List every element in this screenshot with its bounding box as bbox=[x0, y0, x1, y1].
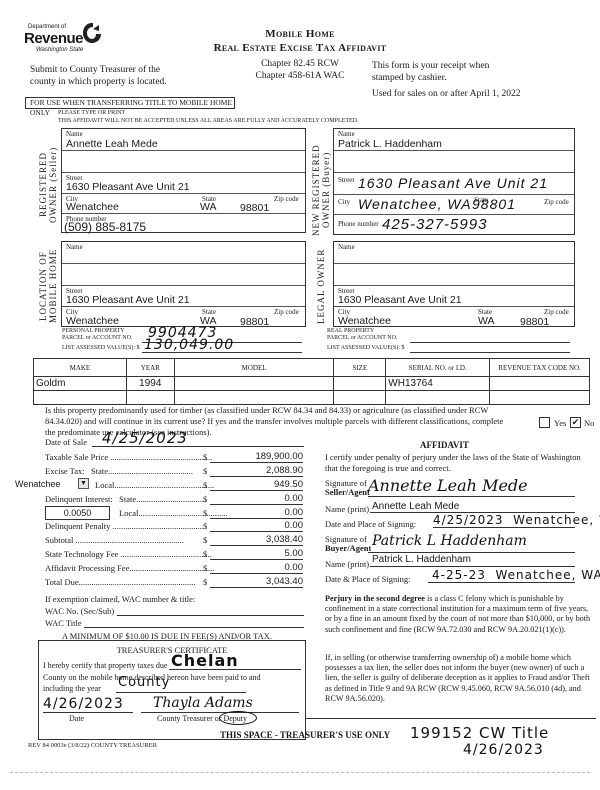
buyer-phone-label: Phone number bbox=[338, 220, 379, 228]
buyer-phone-row[interactable]: Phone number 425-327-5993 bbox=[334, 215, 574, 236]
buyer-sig-label-2: Buyer/Agent bbox=[325, 544, 371, 553]
delinquent-penalty-value[interactable]: 0.00 bbox=[210, 520, 303, 532]
dollar-sign: $ bbox=[203, 452, 207, 462]
dollar-sign: $ bbox=[203, 535, 207, 545]
seller-phone-value[interactable]: (509) 885-8175 bbox=[64, 220, 146, 234]
legal-owner-box: Name Street 1630 Pleasant Ave Unit 21 Ci… bbox=[333, 241, 575, 327]
seller-date-place-field[interactable]: 4/25/2023 Wenatchee, WA bbox=[433, 514, 575, 528]
fee-state-technology: State Technology Fee ...................… bbox=[45, 549, 303, 562]
buyer-city-row[interactable]: City Wenatchee, WA State 98801 Zip code bbox=[334, 195, 574, 215]
buyer-label-2: OWNER (Buyer) bbox=[321, 152, 331, 228]
buyer-signature-value: Patrick L Haddenham bbox=[372, 533, 527, 549]
location-label-2: MOBILE HOME bbox=[48, 249, 58, 323]
buyer-date-place-field[interactable]: 4-25-23 Wenatchee, WA bbox=[428, 569, 575, 583]
buyer-date-place-value: 4-25-23 Wenatchee, WA bbox=[432, 568, 600, 582]
col-serial: SERIAL NO. or I.D. bbox=[386, 359, 490, 377]
state-technology-fee-value[interactable]: 5.00 bbox=[210, 548, 303, 560]
location-street-value[interactable]: 1630 Pleasant Ave Unit 21 bbox=[66, 294, 190, 306]
deputy-circle-mark bbox=[219, 711, 257, 725]
buyer-signature-label: Signature of Buyer/Agent bbox=[325, 535, 371, 553]
col-year: YEAR bbox=[126, 359, 174, 377]
buyer-name-print-value: Patrick L. Haddenham bbox=[372, 554, 471, 565]
cert-signature-value: Thayla Adams bbox=[153, 695, 253, 711]
legal-street-value[interactable]: 1630 Pleasant Ave Unit 21 bbox=[338, 294, 462, 306]
buyer-box: Name Patrick L. Haddenham Street 1630 Pl… bbox=[333, 128, 575, 235]
real-parcel-label-1: REAL PROPERTY bbox=[327, 328, 397, 335]
receipt-note-line2: stamped by cashier. bbox=[372, 72, 572, 84]
make-cell[interactable] bbox=[34, 391, 127, 405]
chapter-wac: Chapter 458-61A WAC bbox=[200, 71, 400, 81]
buyer-name2-row[interactable] bbox=[334, 151, 574, 173]
fee-excise-local: Local...................................… bbox=[95, 480, 303, 493]
personal-assessed-value: 130,049.00 bbox=[144, 337, 234, 353]
buyer-name-value[interactable]: Patrick L. Haddenham bbox=[338, 138, 442, 150]
taxable-sale-price-value[interactable]: 189,900.00 bbox=[210, 451, 303, 463]
dollar-sign: $ bbox=[203, 577, 207, 587]
buyer-name-print-field[interactable]: Patrick L. Haddenham bbox=[370, 556, 575, 567]
model-cell[interactable] bbox=[174, 377, 334, 391]
seller-date-place-value: 4/25/2023 Wenatchee, WA bbox=[433, 513, 600, 527]
location-city-value[interactable]: Wenatchee bbox=[66, 315, 119, 327]
yes-label: Yes bbox=[554, 418, 566, 428]
excise-local-value[interactable]: 949.50 bbox=[210, 479, 303, 491]
excise-state-value[interactable]: 2,088.90 bbox=[210, 465, 303, 477]
buyer-zip-value[interactable]: 98801 bbox=[472, 196, 516, 212]
cert-line1: I hereby certify that property taxes due bbox=[43, 661, 167, 670]
buyer-name-print-label: Name (print) bbox=[325, 559, 369, 569]
seller-street-row[interactable]: Street 1630 Pleasant Ave Unit 21 bbox=[62, 173, 305, 194]
personal-assessed-label: LIST ASSESSED VALUE(S): $ bbox=[62, 345, 140, 351]
seller-zip-value[interactable]: 98801 bbox=[240, 202, 269, 214]
buyer-date-place-label: Date & Place of Signing: bbox=[325, 574, 410, 584]
size-cell[interactable] bbox=[334, 377, 386, 391]
subtotal-value[interactable]: 3,038.40 bbox=[210, 534, 303, 546]
seller-sig-label-2: Seller/Agent bbox=[325, 488, 370, 497]
not-accepted-notice: THIS AFFIDAVIT WILL NOT BE ACCEPTED UNLE… bbox=[58, 118, 359, 124]
buyer-zip-label: Zip code bbox=[544, 198, 569, 206]
size-cell[interactable] bbox=[334, 391, 386, 405]
perjury-notice: Perjury in the second degree is a class … bbox=[325, 594, 595, 635]
real-assessed-label: LIST ASSESSED VALUE(S): $ bbox=[327, 345, 405, 351]
affidavit-heading: AFFIDAVIT bbox=[420, 440, 469, 450]
seller-name-row[interactable]: Name Annette Leah Mede bbox=[62, 129, 305, 151]
location-zip-label: Zip code bbox=[274, 308, 299, 316]
seller-box: Name Annette Leah Mede Street 1630 Pleas… bbox=[61, 128, 306, 233]
legal-name-row[interactable]: Name bbox=[334, 242, 574, 264]
checkmark-icon: ✔ bbox=[572, 417, 580, 427]
wac-title-field[interactable] bbox=[84, 618, 304, 628]
buyer-section-label: NEW REGISTERED OWNER (Buyer) bbox=[311, 140, 331, 240]
personal-parcel-label: PERSONAL PROPERTY PARCEL or ACCOUNT NO. bbox=[62, 328, 132, 342]
col-make: MAKE bbox=[34, 359, 127, 377]
seller-signature-label: Signature of Seller/Agent bbox=[325, 479, 370, 497]
legal-state-value[interactable]: WA bbox=[478, 315, 495, 327]
serial-cell[interactable]: WH13764 bbox=[386, 377, 490, 391]
exemption-heading: If exemption claimed, WAC number & title… bbox=[45, 594, 195, 604]
affidavit-text: I certify under penalty of perjury under… bbox=[325, 452, 595, 474]
date-of-sale-field[interactable]: 4/25/2023 bbox=[92, 434, 304, 447]
buyer-signature-field[interactable]: Patrick L Haddenham bbox=[368, 538, 575, 553]
dollar-sign: $ bbox=[203, 466, 207, 476]
seller-name-value[interactable]: Annette Leah Mede bbox=[66, 138, 158, 150]
form-title-line1: Mobile Home bbox=[0, 28, 600, 40]
real-parcel-field[interactable] bbox=[410, 333, 570, 343]
cert-year-value: County bbox=[118, 675, 170, 690]
fee-subtotal: Subtotal ...............................… bbox=[45, 535, 303, 548]
seller-name-print-field[interactable]: Annette Leah Mede bbox=[370, 502, 575, 513]
legal-city-row[interactable]: City Wenatchee State WA Zip code 98801 bbox=[334, 307, 574, 328]
col-model: MODEL bbox=[174, 359, 334, 377]
location-box: Name Street 1630 Pleasant Ave Unit 21 Ci… bbox=[61, 241, 306, 327]
legal-zip-label: Zip code bbox=[544, 308, 569, 316]
seller-label-2: OWNER (Seller) bbox=[48, 147, 58, 223]
table-header-row: MAKE YEAR MODEL SIZE SERIAL NO. or I.D. … bbox=[34, 359, 590, 377]
seller-street-value[interactable]: 1630 Pleasant Ave Unit 21 bbox=[66, 181, 190, 193]
treasurer-use-only-label: THIS SPACE - TREASURER'S USE ONLY bbox=[220, 730, 390, 740]
transfer-only-notice: FOR USE WHEN TRANSFERRING TITLE TO MOBIL… bbox=[25, 97, 235, 109]
receipt-note: This form is your receipt when stamped b… bbox=[372, 60, 572, 84]
used-for-date-note: Used for sales on or after April 1, 2022 bbox=[372, 89, 521, 99]
legal-name-label: Name bbox=[338, 243, 355, 251]
seller-signature-field[interactable]: Annette Leah Mede bbox=[368, 482, 575, 497]
buyer-name-label: Name bbox=[338, 130, 355, 138]
legal-name2-row[interactable] bbox=[334, 264, 574, 286]
cert-date-value: 4/26/2023 bbox=[43, 696, 124, 712]
treasurer-stamp-line1: 199152 CW Title bbox=[410, 724, 549, 742]
real-assessed-field[interactable] bbox=[410, 344, 570, 353]
dollar-sign: $ bbox=[203, 521, 207, 531]
seller-name-print-value: Annette Leah Mede bbox=[372, 501, 459, 512]
scan-edge-line bbox=[10, 772, 590, 773]
affidavit-processing-fee-value[interactable]: 0.00 bbox=[210, 562, 303, 574]
submit-note-line2: county in which property is located. bbox=[30, 76, 180, 88]
dollar-sign: $ bbox=[203, 494, 207, 504]
serial-cell[interactable] bbox=[386, 391, 490, 405]
personal-parcel-label-2: PARCEL or ACCOUNT NO. bbox=[62, 335, 132, 342]
tax-code-cell[interactable] bbox=[490, 391, 590, 405]
dollar-sign: $ bbox=[203, 480, 207, 490]
personal-assessed-field[interactable]: 130,049.00 bbox=[142, 342, 302, 353]
real-parcel-label-2: PARCEL or ACCOUNT NO. bbox=[327, 335, 397, 342]
location-section-label: LOCATION OF MOBILE HOME bbox=[38, 245, 58, 327]
buyer-city-value[interactable]: Wenatchee, WA bbox=[358, 196, 472, 212]
no-label: No bbox=[584, 418, 594, 428]
fee-delinquent-penalty: Delinquent Penalty .....................… bbox=[45, 521, 303, 534]
location-name-label: Name bbox=[66, 243, 83, 251]
seller-signature-value: Annette Leah Mede bbox=[368, 476, 528, 495]
year-cell[interactable]: 1994 bbox=[126, 377, 174, 391]
seller-state-value[interactable]: WA bbox=[200, 201, 217, 213]
seller-zip-label: Zip code bbox=[274, 195, 299, 203]
legal-city-value[interactable]: Wenatchee bbox=[338, 315, 391, 327]
location-label-1: LOCATION OF bbox=[38, 251, 48, 321]
delinquent-interest-local-value[interactable]: 0.00 bbox=[210, 507, 303, 519]
no-checkbox[interactable]: ✔ bbox=[570, 417, 581, 428]
model-cell[interactable] bbox=[174, 391, 334, 405]
submit-note: Submit to County Treasurer of the county… bbox=[30, 64, 180, 88]
seller-label-1: REGISTERED bbox=[38, 153, 48, 218]
table-row: Goldm 1994 WH13764 bbox=[34, 377, 590, 391]
buyer-street-value[interactable]: 1630 Pleasant Ave Unit 21 bbox=[358, 175, 548, 191]
table-row bbox=[34, 391, 590, 405]
locality-select-value[interactable]: Wenatchee bbox=[15, 479, 60, 489]
seller-city-value[interactable]: Wenatchee bbox=[66, 201, 119, 213]
seller-date-place-label: Date and Place of Signing: bbox=[325, 519, 416, 529]
wac-no-field[interactable] bbox=[117, 606, 304, 616]
location-name-row[interactable]: Name bbox=[62, 242, 305, 264]
chapter-rcw: Chapter 82.45 RCW bbox=[200, 59, 400, 69]
seller-phone-row[interactable]: Phone number (509) 885-8175 bbox=[62, 214, 305, 234]
seller-name-label: Name bbox=[66, 130, 83, 138]
col-revenue-tax-code: REVENUE TAX CODE NO. bbox=[490, 359, 590, 377]
chevron-down-icon: ▼ bbox=[80, 479, 87, 487]
buyer-label-1: NEW REGISTERED bbox=[311, 144, 321, 236]
cert-signature-field[interactable]: Thayla Adams bbox=[141, 699, 299, 713]
location-street-row[interactable]: Street 1630 Pleasant Ave Unit 21 bbox=[62, 286, 305, 307]
tax-code-cell[interactable] bbox=[490, 377, 590, 391]
cert-line3: including the year bbox=[43, 684, 101, 693]
treasurer-space-divider bbox=[306, 718, 596, 719]
tax-lien-notice: If, in selling (or otherwise transferrin… bbox=[325, 653, 595, 704]
location-zip-value[interactable]: 98801 bbox=[240, 316, 269, 328]
legal-zip-value[interactable]: 98801 bbox=[520, 316, 549, 328]
locality-dropdown-button[interactable]: ▼ bbox=[78, 478, 89, 489]
form-title-line2: Real Estate Excise Tax Affidavit bbox=[0, 42, 600, 54]
total-due-value[interactable]: 3,043.40 bbox=[210, 576, 303, 588]
year-cell[interactable] bbox=[126, 391, 174, 405]
cert-county-field[interactable]: Chelan bbox=[169, 658, 301, 670]
type-or-print-notice: PLEASE TYPE OR PRINT bbox=[58, 110, 125, 116]
dollar-sign: $ bbox=[203, 508, 207, 518]
date-of-sale-label: Date of Sale bbox=[45, 437, 87, 447]
real-parcel-label: REAL PROPERTY PARCEL or ACCOUNT NO. bbox=[327, 328, 397, 342]
treasurer-certificate-box: TREASURER'S CERTIFICATE I hereby certify… bbox=[38, 640, 306, 740]
personal-parcel-label-1: PERSONAL PROPERTY bbox=[62, 328, 132, 335]
form-revision-number: REV 84 0003e (3/8/22) COUNTY TREASURER bbox=[28, 742, 157, 749]
seller-section-label: REGISTERED OWNER (Seller) bbox=[38, 140, 58, 230]
location-name2-row[interactable] bbox=[62, 264, 305, 286]
legal-street-row[interactable]: Street 1630 Pleasant Ave Unit 21 bbox=[334, 286, 574, 307]
buyer-name-row[interactable]: Name Patrick L. Haddenham bbox=[334, 129, 574, 151]
dollar-sign: $ bbox=[203, 563, 207, 573]
make-cell[interactable]: Goldm bbox=[34, 377, 127, 391]
treasurer-stamp-line2: 4/26/2023 bbox=[463, 742, 544, 758]
buyer-street-row[interactable]: Street 1630 Pleasant Ave Unit 21 bbox=[334, 173, 574, 195]
seller-city-row[interactable]: City Wenatchee State WA Zip code 98801 bbox=[62, 194, 305, 214]
delinquent-interest-state-value[interactable]: 0.00 bbox=[210, 493, 303, 505]
wac-no-label: WAC No. (Sec/Sub) bbox=[45, 606, 114, 616]
buyer-city-label: City bbox=[338, 198, 350, 206]
col-size: SIZE bbox=[334, 359, 386, 377]
date-of-sale-value: 4/25/2023 bbox=[102, 429, 188, 447]
seller-name-print-label: Name (print) bbox=[325, 504, 369, 514]
dollar-sign: $ bbox=[203, 549, 207, 559]
cert-county-value: Chelan bbox=[171, 651, 239, 670]
yes-checkbox[interactable] bbox=[539, 417, 550, 428]
buyer-street-label: Street bbox=[338, 176, 354, 184]
fee-total-due: Total Due...............................… bbox=[45, 577, 303, 590]
receipt-note-line1: This form is your receipt when bbox=[372, 60, 572, 72]
seller-name2-row[interactable] bbox=[62, 151, 305, 173]
wac-title-label: WAC Title bbox=[45, 618, 82, 628]
local-rate-input[interactable]: 0.0050 bbox=[45, 506, 110, 520]
perjury-bold-text: Perjury in the second degree bbox=[325, 594, 425, 603]
buyer-phone-value[interactable]: 425-327-5993 bbox=[382, 216, 487, 233]
cert-year-field[interactable]: County bbox=[116, 683, 246, 693]
cert-date-label: Date bbox=[69, 714, 84, 723]
mobile-home-table: MAKE YEAR MODEL SIZE SERIAL NO. or I.D. … bbox=[33, 358, 590, 405]
cert-date-field[interactable]: 4/26/2023 bbox=[43, 699, 133, 713]
fee-taxable-sale-price: Taxable Sale Price .....................… bbox=[45, 452, 303, 465]
fee-affidavit-processing: Affidavit Processing Fee................… bbox=[45, 563, 303, 576]
legal-owner-section-label: LEGAL OWNER bbox=[316, 245, 326, 327]
submit-note-line1: Submit to County Treasurer of the bbox=[30, 64, 180, 76]
